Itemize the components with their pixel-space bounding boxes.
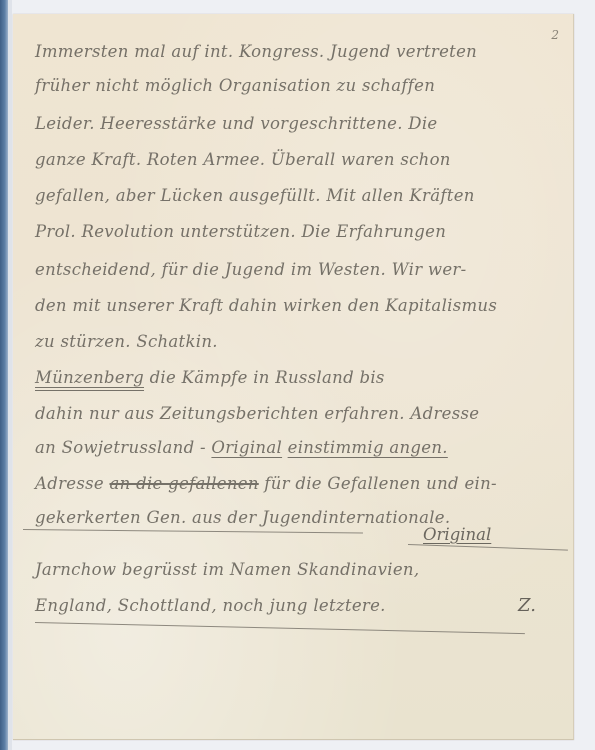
struck-through-text: an die gefallenen [109, 474, 258, 493]
margin-note-original: Original [423, 525, 491, 544]
speaker-name: Münzenberg [35, 368, 144, 387]
signature-mark: Z. [518, 595, 536, 616]
text-line-9: zu stürzen. Schatkin. [35, 332, 218, 351]
backing-edge [8, 0, 12, 750]
section2-line-4: Adresse an die gefallenen für die Gefall… [35, 474, 497, 493]
divider-rule-right [408, 544, 568, 551]
text-line-3: Leider. Heeresstärke und vorgeschrittene… [35, 114, 437, 133]
text-line-7: entscheidend, für die Jugend im Westen. … [35, 260, 466, 279]
text-line-2: früher nicht möglich Organisation zu sch… [35, 76, 435, 95]
closing-rule [35, 622, 525, 634]
section2-line-3: an Sowjetrussland - Original einstimmig … [35, 438, 448, 457]
text-line-8: den mit unserer Kraft dahin wirken den K… [35, 296, 497, 315]
section2-line-4-end: für die Gefallenen und ein- [264, 474, 497, 493]
section2-line-2: dahin nur aus Zeitungsberichten erfahren… [35, 404, 479, 423]
manuscript-page: 2 Immersten mal auf int. Kongress. Jugen… [13, 14, 574, 740]
section3-line-1: Jarnchow begrüsst im Namen Skandinavien, [35, 560, 419, 579]
underlined-original: Original [211, 438, 282, 457]
text-line-1: Immersten mal auf int. Kongress. Jugend … [35, 42, 477, 61]
section3-line-2: England, Schottland, noch jung letztere. [35, 596, 386, 615]
underlined-unanimous: einstimmig angen. [288, 438, 448, 457]
binder-strip [0, 0, 8, 750]
section2-line-5: gekerkerten Gen. aus der Jugendinternati… [35, 508, 450, 527]
divider-rule-left [23, 529, 363, 534]
section2-line-4-start: Adresse [35, 474, 104, 493]
text-line-6: Prol. Revolution unterstützen. Die Erfah… [35, 222, 446, 241]
section2-line-3-start: an Sowjetrussland - [35, 438, 206, 457]
page-number: 2 [551, 28, 559, 42]
text-line-4: ganze Kraft. Roten Armee. Überall waren … [35, 150, 451, 169]
section2-line-1-rest: die Kämpfe in Russland bis [150, 368, 385, 387]
section2-line-1: Münzenberg die Kämpfe in Russland bis [35, 368, 385, 387]
text-line-5: gefallen, aber Lücken ausgefüllt. Mit al… [35, 186, 475, 205]
